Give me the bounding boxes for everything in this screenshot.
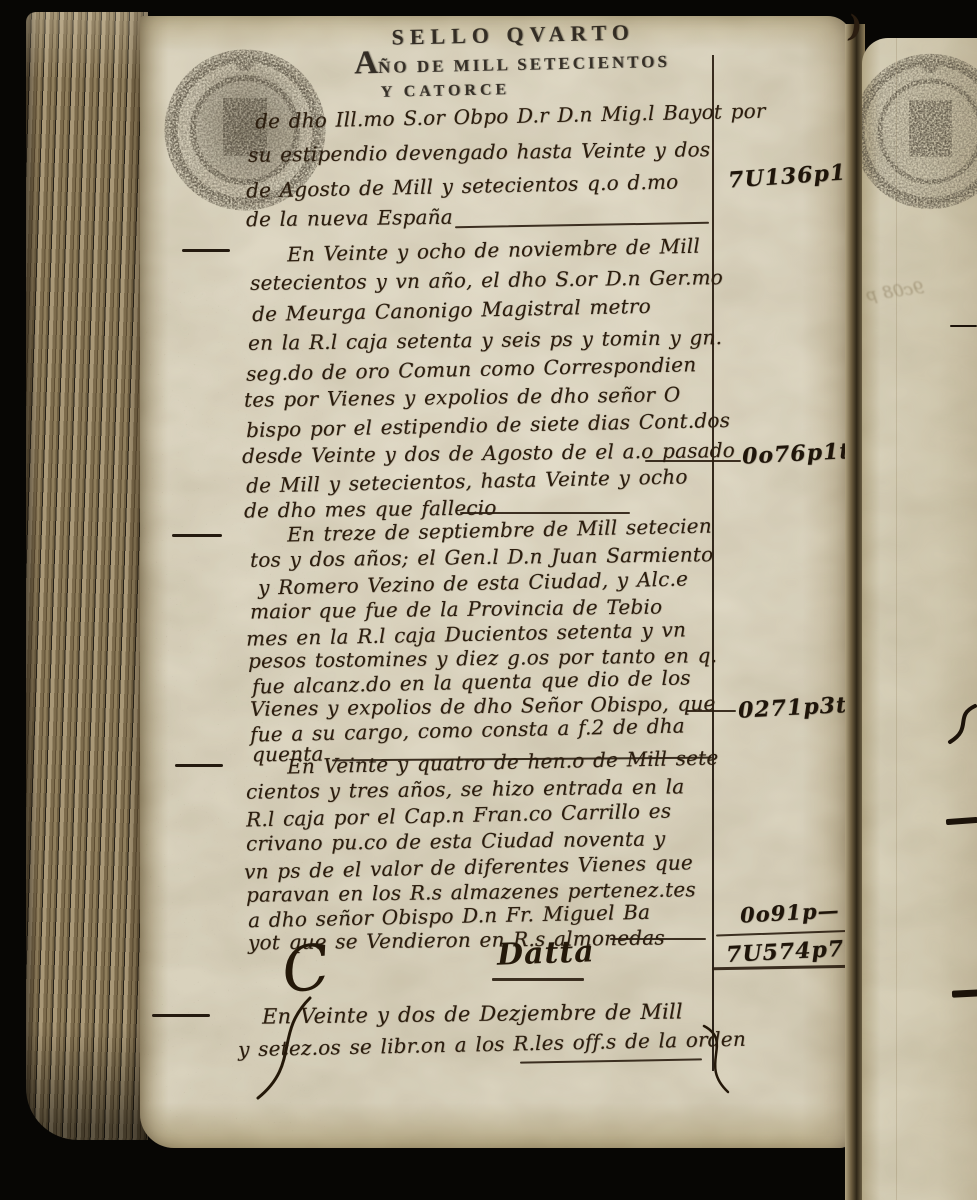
filler-line [460,512,630,514]
next-page-edge: 9c08 p [862,38,977,1200]
manuscript-line: En Veinte y dos de Dezjembre de Mill [262,999,683,1028]
manuscript-line: en la R.l caja setenta y seis ps y tomin… [248,325,722,355]
manuscript-line: de Meurga Canonigo Magistral metro [252,294,651,326]
manuscript-line: seg.do de oro Comun como Correspondien [246,352,697,385]
filler-line [610,938,706,940]
margin-amount-4: 0o91p— [739,897,840,927]
manuscript-line: En Veinte y quatro de hen.o de Mill sete [287,745,719,778]
manuscript-line: desde Veinte y dos de Agosto de el a.o p… [242,438,735,468]
ink-mark [950,325,977,327]
amount-lead-line [645,460,741,462]
entry-dash [172,534,222,537]
manuscript-line: bispo por el estipendio de siete dias Co… [246,408,730,442]
manuscript-line: de Agosto de Mill y setecientos q.o d.mo [246,169,679,202]
ink-mark [952,989,977,998]
notarial-seal-icon [862,42,977,217]
section-heading-datta: Datta [496,934,595,972]
book-photo: SELLO QVARTO AÑO DE MILL SETECIENTOS Y C… [0,0,977,1200]
showthrough-text: 9c08 p [865,278,925,306]
manuscript-line: de dho Ill.mo S.or Obpo D.r D.n Mig.l Ba… [255,99,766,134]
manuscript-line: tes por Vienes y expolios de dho señor O [244,382,681,411]
main-page: SELLO QVARTO AÑO DE MILL SETECIENTOS Y C… [140,16,852,1148]
filler-line [520,1058,702,1063]
amount-lead-line [686,710,736,712]
heading-underline [492,978,584,981]
manuscript-line: su estipendio devengado hasta Veinte y d… [248,137,711,167]
ink-mark [946,817,977,825]
entry-dash [182,249,230,252]
manuscript-line: En Veinte y ocho de noviembre de Mill [287,234,700,267]
entry-dash [152,1014,210,1017]
entry-dash [175,764,223,767]
manuscript-line: de la nueva España [246,205,453,232]
ink-curve-mark [946,702,977,746]
manuscript-text-layer: de dho Ill.mo S.or Obpo D.r D.n Mig.l Ba… [140,16,852,1148]
manuscript-line: de Mill y setecientos, hasta Veinte y oc… [246,464,688,497]
entry-closing-bracket [696,1024,738,1096]
filler-line [455,222,709,228]
manuscript-line: setecientos y vn año, el dho S.or D.n Ge… [250,265,723,295]
page-stack-edge [26,12,148,1140]
